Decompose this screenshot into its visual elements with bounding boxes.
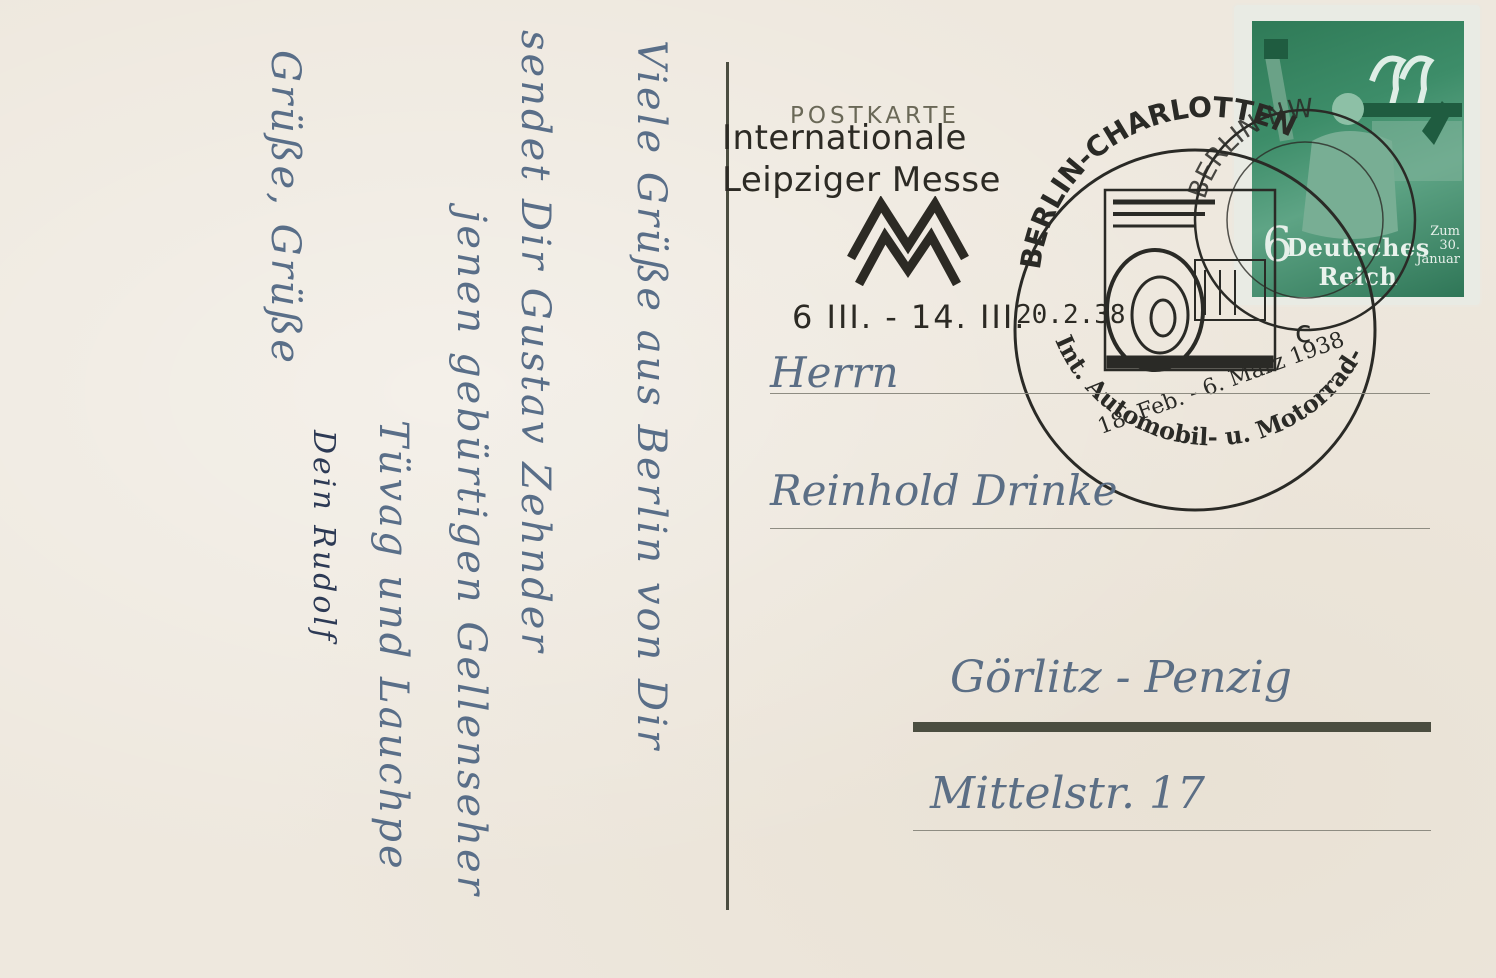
cancel-date: 20.2.38 <box>1016 300 1126 330</box>
address-line <box>913 830 1431 831</box>
message-line: Tüvag und Lauchpe <box>370 420 416 872</box>
stamp-country: Deutsches Reich <box>1256 233 1460 291</box>
signature: Dein Rudolf <box>306 430 341 643</box>
address-salutation: Herrn <box>770 348 899 397</box>
postmark-date-range: 18. Feb. - 6. März 1938 <box>1095 327 1348 440</box>
postage-stamp: 6 Zum 30. Januar Deutsches Reich <box>1234 5 1480 305</box>
address-line-underline <box>913 722 1431 732</box>
postmark-suffix: c <box>1295 315 1312 350</box>
message-line: sendet Dir Gustav Zehnder <box>512 30 558 655</box>
cancel-slogan-line1: Internationale <box>722 118 967 158</box>
address-line <box>770 528 1430 529</box>
address-name: Reinhold Drinke <box>770 466 1118 515</box>
message-line: Viele Grüße aus Berlin von Dir <box>628 40 674 752</box>
handwritten-message: Viele Grüße aus Berlin von Dir sendet Di… <box>250 30 720 930</box>
address-street: Mittelstr. 17 <box>930 768 1205 819</box>
cancel-slogan-line2: Leipziger Messe <box>722 160 1001 200</box>
leipzig-fair-mm-logo-icon <box>845 196 971 286</box>
postcard-back: Viele Grüße aus Berlin von Dir sendet Di… <box>0 0 1496 978</box>
address-city: Görlitz - Penzig <box>950 652 1292 703</box>
message-line: jenen gebürtigen Gellenseher <box>448 210 494 898</box>
fair-dates: 6 III. - 14. III. <box>792 298 1026 336</box>
message-line: Grüße, Grüße <box>262 50 308 366</box>
